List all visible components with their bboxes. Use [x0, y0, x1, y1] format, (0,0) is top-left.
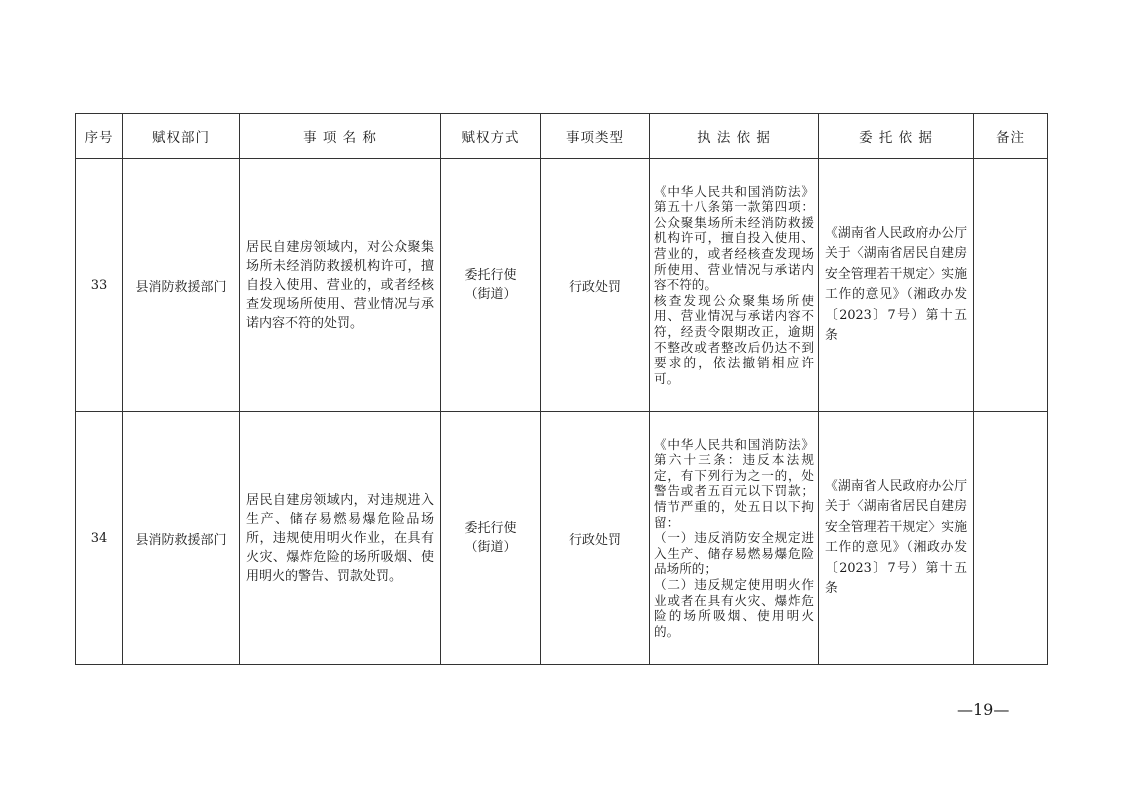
row-legal-basis: 《中华人民共和国消防法》第六十三条：违反本法规定，有下列行为之一的，处警告或者五…: [650, 437, 818, 640]
row-legal-basis: 《中华人民共和国消防法》第五十八条第一款第四项：公众聚集场所未经消防救援机构许可…: [650, 184, 818, 387]
legal-basis-paragraph: （二）违反规定使用明火作业或者在具有火灾、爆炸危险的场所吸烟、使用明火的。: [654, 577, 814, 639]
page-number: —19—: [957, 700, 1009, 719]
header-method: 赋权方式: [441, 114, 541, 159]
legal-basis-paragraph: 《中华人民共和国消防法》第五十八条第一款第四项：公众聚集场所未经消防救援机构许可…: [654, 184, 814, 293]
row-item-name: 居民自建房领域内，对公众聚集场所未经消防救援机构许可，擅自投入使用、营业的，或者…: [240, 238, 440, 333]
row-item-name: 居民自建房领域内，对违规进入生产、储存易燃易爆危险品场所，违规使用明火作业，在具…: [240, 491, 440, 586]
header-delegation-basis: 委 托 依 据: [819, 114, 974, 159]
header-item-name: 事 项 名 称: [240, 114, 441, 159]
row-method-cell: 委托行使（街道）: [441, 159, 541, 412]
row-index: 34: [76, 412, 123, 665]
row-remarks: [974, 159, 1048, 412]
header-remarks: 备注: [974, 114, 1048, 159]
header-index: 序号: [76, 114, 123, 159]
header-department: 赋权部门: [123, 114, 240, 159]
row-index: 33: [76, 159, 123, 412]
row-department: 县消防救援部门: [123, 412, 240, 665]
row-legal-basis-cell: 《中华人民共和国消防法》第五十八条第一款第四项：公众聚集场所未经消防救援机构许可…: [650, 159, 819, 412]
row-type: 行政处罚: [541, 412, 650, 665]
row-delegation-basis: 《湖南省人民政府办公厅关于〈湖南省居民自建房安全管理若干规定〉实施工作的意见》（…: [819, 477, 973, 600]
header-legal-basis: 执 法 依 据: [650, 114, 819, 159]
row-delegation-basis: 《湖南省人民政府办公厅关于〈湖南省居民自建房安全管理若干规定〉实施工作的意见》（…: [819, 224, 973, 347]
table-header-row: 序号 赋权部门 事 项 名 称 赋权方式 事项类型 执 法 依 据 委 托 依 …: [76, 114, 1048, 159]
row-department: 县消防救援部门: [123, 159, 240, 412]
row-remarks: [974, 412, 1048, 665]
header-type: 事项类型: [541, 114, 650, 159]
row-item-name-cell: 居民自建房领域内，对违规进入生产、储存易燃易爆危险品场所，违规使用明火作业，在具…: [240, 412, 441, 665]
legal-basis-paragraph: （一）违反消防安全规定进入生产、储存易燃易爆危险品场所的；: [654, 530, 814, 577]
legal-basis-paragraph: 核查发现公众聚集场所使用、营业情况与承诺内容不符，经责令限期改正，逾期不整改或者…: [654, 293, 814, 387]
legal-basis-paragraph: 《中华人民共和国消防法》第六十三条：违反本法规定，有下列行为之一的，处警告或者五…: [654, 437, 814, 531]
row-method: 委托行使（街道）: [459, 266, 523, 304]
row-method-cell: 委托行使（街道）: [441, 412, 541, 665]
row-method: 委托行使（街道）: [459, 519, 523, 557]
row-item-name-cell: 居民自建房领域内，对公众聚集场所未经消防救援机构许可，擅自投入使用、营业的，或者…: [240, 159, 441, 412]
row-delegation-basis-cell: 《湖南省人民政府办公厅关于〈湖南省居民自建房安全管理若干规定〉实施工作的意见》（…: [819, 412, 974, 665]
authority-items-table: 序号 赋权部门 事 项 名 称 赋权方式 事项类型 执 法 依 据 委 托 依 …: [75, 113, 1048, 665]
row-legal-basis-cell: 《中华人民共和国消防法》第六十三条：违反本法规定，有下列行为之一的，处警告或者五…: [650, 412, 819, 665]
row-type: 行政处罚: [541, 159, 650, 412]
table-row: 33 县消防救援部门 居民自建房领域内，对公众聚集场所未经消防救援机构许可，擅自…: [76, 159, 1048, 412]
table-row: 34 县消防救援部门 居民自建房领域内，对违规进入生产、储存易燃易爆危险品场所，…: [76, 412, 1048, 665]
row-delegation-basis-cell: 《湖南省人民政府办公厅关于〈湖南省居民自建房安全管理若干规定〉实施工作的意见》（…: [819, 159, 974, 412]
